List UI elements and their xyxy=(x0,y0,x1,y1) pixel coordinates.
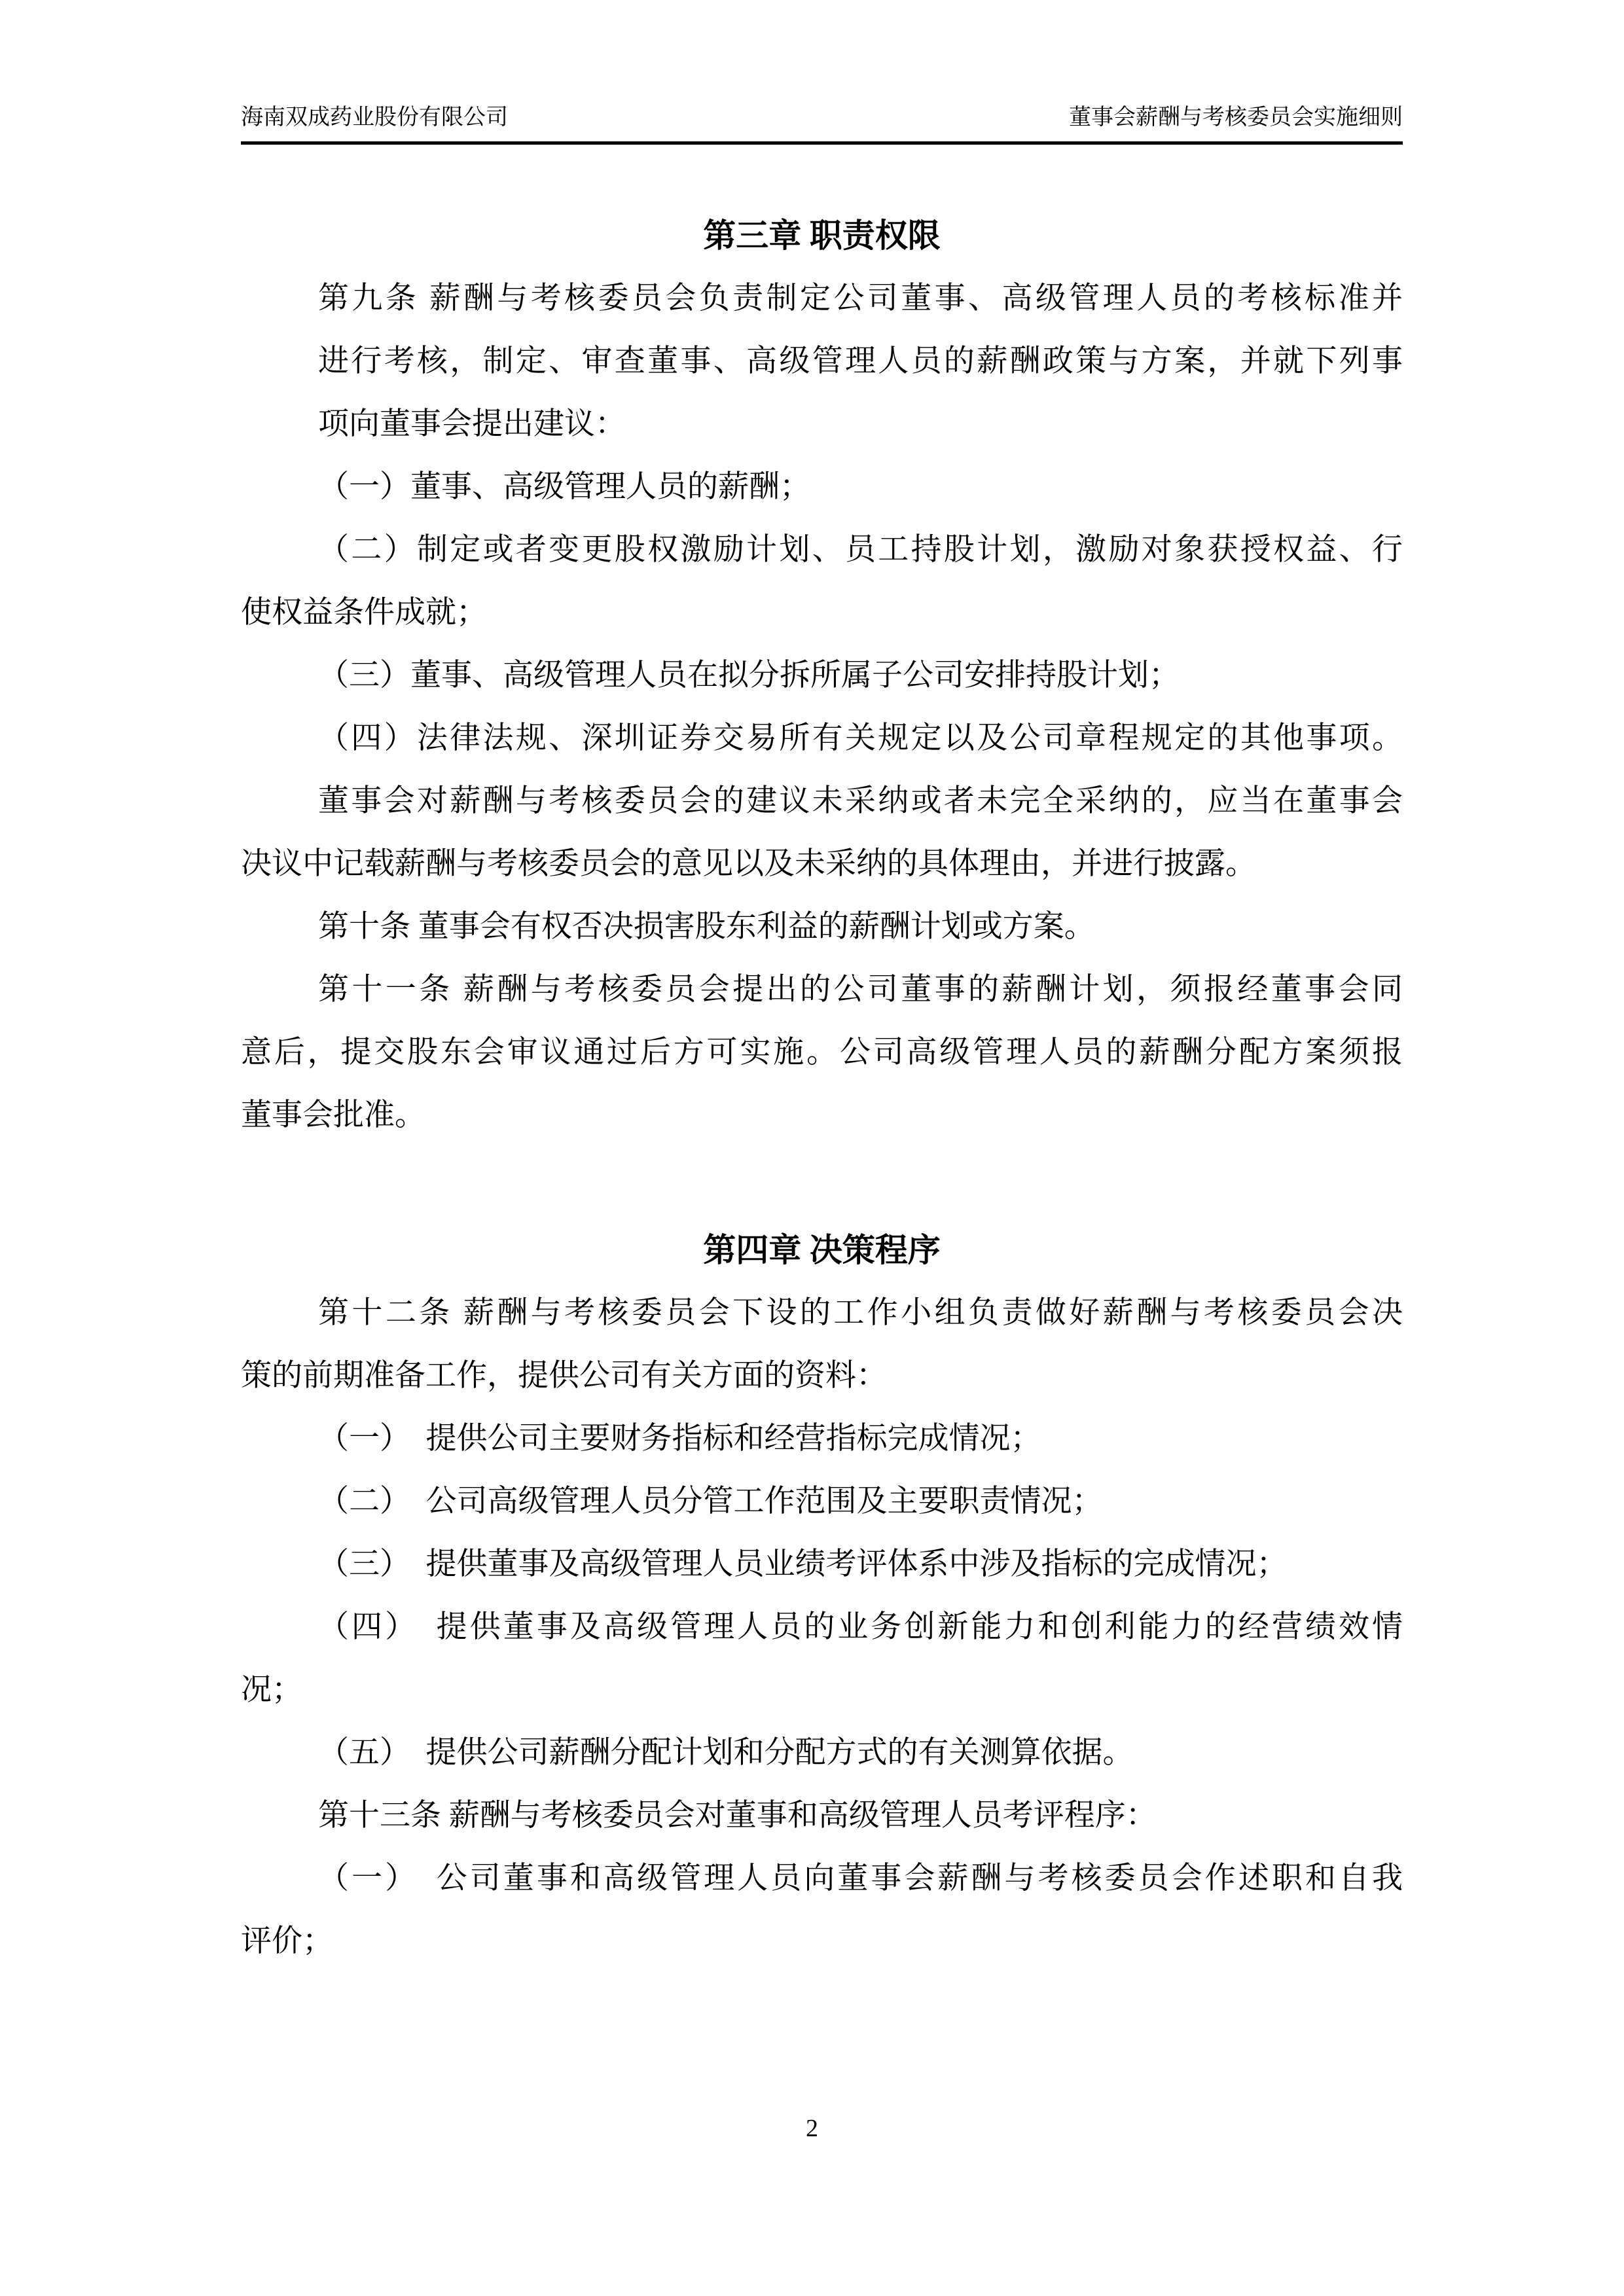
body-line: 评价； xyxy=(241,1910,1403,1973)
body-line: 董事会对薪酬与考核委员会的建议未采纳或者未完全采纳的，应当在董事会 xyxy=(241,770,1403,833)
body-line: （一） 公司董事和高级管理人员向董事会薪酬与考核委员会作述职和自我 xyxy=(241,1847,1403,1910)
body-line: 使权益条件成就； xyxy=(241,581,1403,644)
body-line: 董事会批准。 xyxy=(241,1084,1403,1147)
body-line: （二） 公司高级管理人员分管工作范围及主要职责情况； xyxy=(241,1470,1403,1533)
body-line: 策的前期准备工作，提供公司有关方面的资料： xyxy=(241,1344,1403,1407)
body-line: 进行考核，制定、审查董事、高级管理人员的薪酬政策与方案，并就下列事 xyxy=(241,330,1403,393)
body-line: 意后，提交股东会审议通过后方可实施。公司高级管理人员的薪酬分配方案须报 xyxy=(241,1021,1403,1084)
page-header: 海南双成药业股份有限公司 董事会薪酬与考核委员会实施细则 xyxy=(241,103,1403,145)
body-line: （二）制定或者变更股权激励计划、员工持股计划，激励对象获授权益、行 xyxy=(241,518,1403,581)
body-line: 第十一条 薪酬与考核委员会提出的公司董事的薪酬计划，须报经董事会同 xyxy=(241,958,1403,1021)
body-line: （一）董事、高级管理人员的薪酬； xyxy=(241,456,1403,518)
body-line: （四）法律法规、深圳证券交易所有关规定以及公司章程规定的其他事项。 xyxy=(241,707,1403,770)
document-body: 第三章 职责权限第九条 薪酬与考核委员会负责制定公司董事、高级管理人员的考核标准… xyxy=(241,204,1403,1973)
body-line: （四） 提供董事及高级管理人员的业务创新能力和创利能力的经营绩效情 xyxy=(241,1596,1403,1659)
body-line: （五） 提供公司薪酬分配计划和分配方式的有关测算依据。 xyxy=(241,1721,1403,1784)
body-line: 项向董事会提出建议： xyxy=(241,393,1403,456)
body-line: 决议中记载薪酬与考核委员会的意见以及未采纳的具体理由，并进行披露。 xyxy=(241,833,1403,895)
chapter-heading: 第四章 决策程序 xyxy=(241,1219,1403,1282)
chapter-heading: 第三章 职责权限 xyxy=(241,204,1403,267)
body-line: （三） 提供董事及高级管理人员业绩考评体系中涉及指标的完成情况； xyxy=(241,1533,1403,1596)
body-line: （一） 提供公司主要财务指标和经营指标完成情况； xyxy=(241,1407,1403,1470)
page-number: 2 xyxy=(0,2114,1624,2144)
body-line: 况； xyxy=(241,1659,1403,1721)
body-line: 第十三条 薪酬与考核委员会对董事和高级管理人员考评程序： xyxy=(241,1784,1403,1847)
header-doc-title: 董事会薪酬与考核委员会实施细则 xyxy=(1069,103,1403,132)
document-page: 海南双成药业股份有限公司 董事会薪酬与考核委员会实施细则 第三章 职责权限第九条… xyxy=(0,0,1624,2296)
header-company-name: 海南双成药业股份有限公司 xyxy=(241,103,508,132)
body-line: 第十条 董事会有权否决损害股东利益的薪酬计划或方案。 xyxy=(241,895,1403,958)
body-line: 第十二条 薪酬与考核委员会下设的工作小组负责做好薪酬与考核委员会决 xyxy=(241,1282,1403,1344)
body-line: 第九条 薪酬与考核委员会负责制定公司董事、高级管理人员的考核标准并 xyxy=(241,267,1403,330)
body-line: （三）董事、高级管理人员在拟分拆所属子公司安排持股计划； xyxy=(241,644,1403,707)
